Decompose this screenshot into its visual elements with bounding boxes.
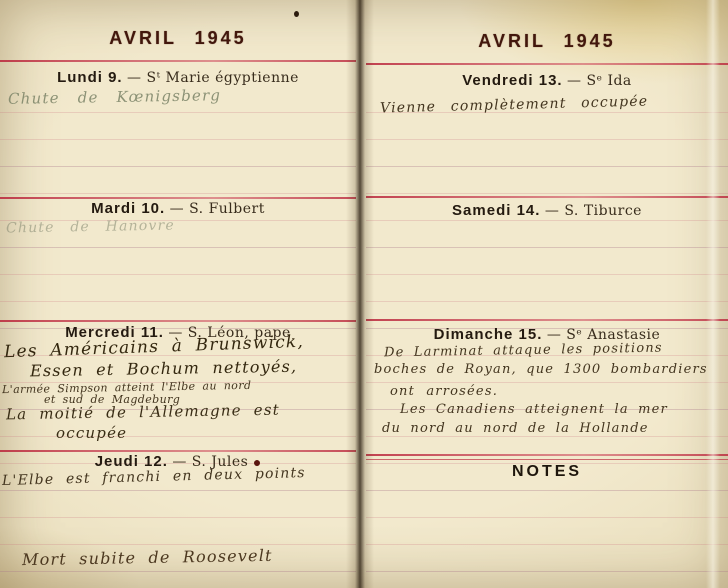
saint-name: — S. Tiburce: [545, 203, 642, 219]
day-name: Dimanche 15.: [434, 326, 543, 343]
day-name: Vendredi 13.: [462, 72, 562, 89]
month-header-right: AVRIL 1945: [366, 31, 728, 52]
notes-separator-bottom: [366, 459, 728, 460]
day-header-dimanche-15: Dimanche 15. — Sᵉ Anastasie: [366, 326, 728, 344]
saint-name: — Sᵉ Ida: [567, 73, 632, 89]
handwritten-entry: Essen et Bochum nettoyés,: [30, 357, 298, 381]
handwritten-entry: Vienne complètement occupée: [380, 93, 649, 116]
right-page: AVRIL 1945 Vendredi 13. — Sᵉ Ida Vienne …: [366, 0, 728, 588]
notes-header: NOTES: [366, 463, 728, 481]
left-page: AVRIL 1945 Lundi 9. — Sᵗ Marie égyptienn…: [0, 0, 356, 588]
day-name: Lundi 9.: [57, 69, 123, 86]
day-header-vendredi-13: Vendredi 13. — Sᵉ Ida: [366, 72, 728, 90]
day-separator: [366, 196, 728, 198]
day-separator: [0, 450, 356, 452]
header-separator: [0, 60, 356, 62]
saint-name: — Sᵗ Marie égyptienne: [127, 70, 299, 86]
day-separator: [366, 319, 728, 321]
handwritten-entry: ont arrosées.: [390, 384, 498, 399]
handwritten-entry-roosevelt: Mort subite de Roosevelt: [22, 546, 273, 569]
day-header-lundi-9: Lundi 9. — Sᵗ Marie égyptienne: [0, 69, 356, 87]
handwritten-entry: du nord au nord de la Hollande: [382, 421, 649, 436]
day-name: Jeudi 12.: [95, 453, 168, 470]
day-separator: [0, 197, 356, 199]
header-separator: [366, 63, 728, 65]
day-header-mardi-10: Mardi 10. — S. Fulbert: [0, 200, 356, 218]
handwritten-entry: occupée: [56, 424, 127, 442]
day-separator: [0, 320, 356, 322]
handwritten-entry: La moitié de l'Allemagne est: [6, 401, 280, 424]
handwritten-entry: Chute de Hanovre: [6, 218, 175, 237]
handwritten-entry: boches de Royan, que 1300 bombardiers: [374, 362, 708, 377]
ink-speck: [294, 11, 299, 17]
month-header-left: AVRIL 1945: [0, 28, 356, 49]
saint-name: — S. Fulbert: [170, 201, 265, 217]
notes-separator-top: [366, 454, 728, 456]
diary-scan: AVRIL 1945 Lundi 9. — Sᵗ Marie égyptienn…: [0, 0, 728, 588]
handwritten-entry: Les Canadiens atteignent la mer: [400, 402, 668, 417]
day-name: Samedi 14.: [452, 202, 540, 219]
day-header-samedi-14: Samedi 14. — S. Tiburce: [366, 202, 728, 220]
day-name: Mardi 10.: [91, 200, 165, 217]
handwritten-entry: Chute de Kœnigsberg: [8, 86, 221, 108]
